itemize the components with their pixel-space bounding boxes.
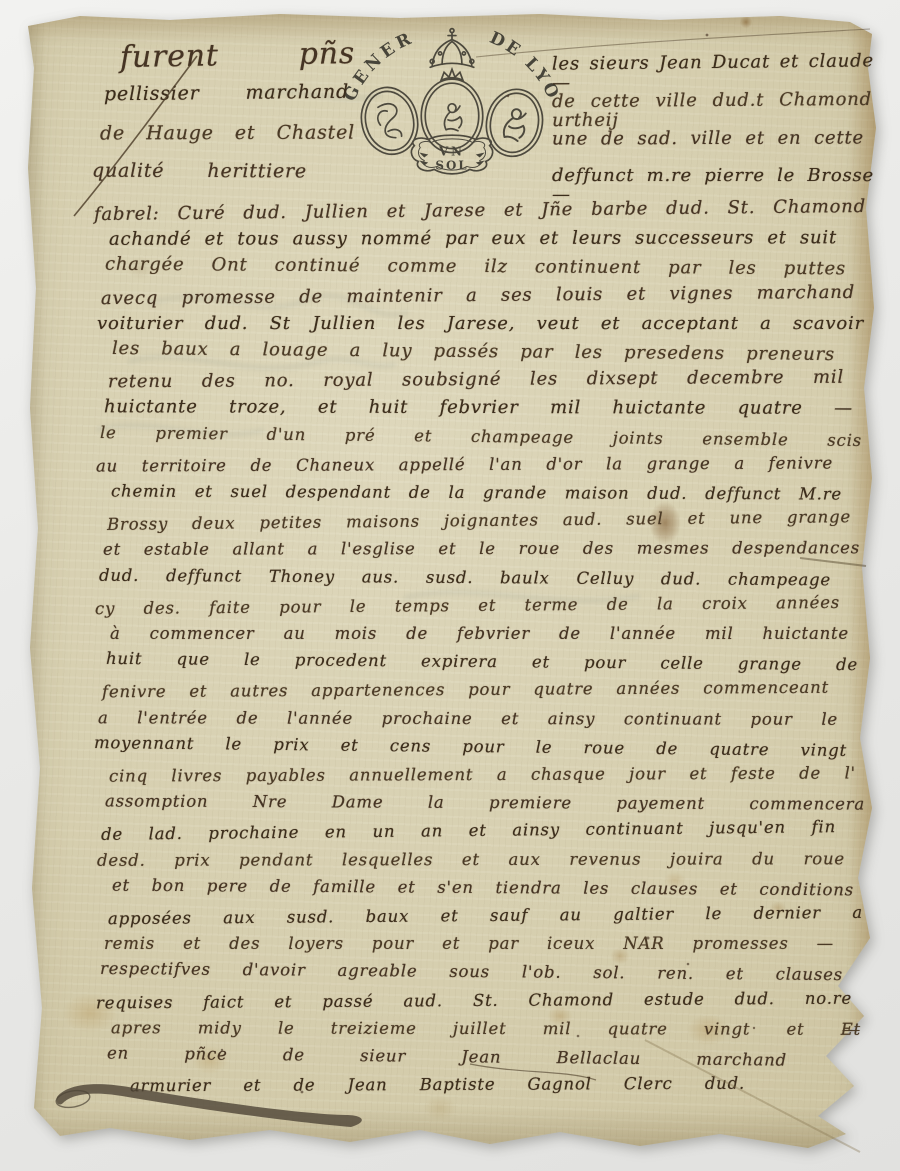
svg-text:GENER: GENER — [339, 27, 417, 104]
stamp-medallion-left — [354, 81, 424, 160]
stamp-value-banner: VN SOL — [411, 135, 492, 174]
stamp-value-word1: VN — [438, 145, 465, 159]
stamp-medallion-right — [480, 84, 548, 161]
stamp-crown-icon — [430, 29, 474, 68]
stamp-medallion-center — [421, 69, 482, 152]
photo-backdrop: GENER DE LYON — [0, 0, 900, 1171]
fiscal-stamp: GENER DE LYON — [338, 24, 566, 180]
stamp-value-word2: SOL — [435, 158, 468, 172]
stamp-arc-text-left: GENER — [339, 27, 417, 104]
